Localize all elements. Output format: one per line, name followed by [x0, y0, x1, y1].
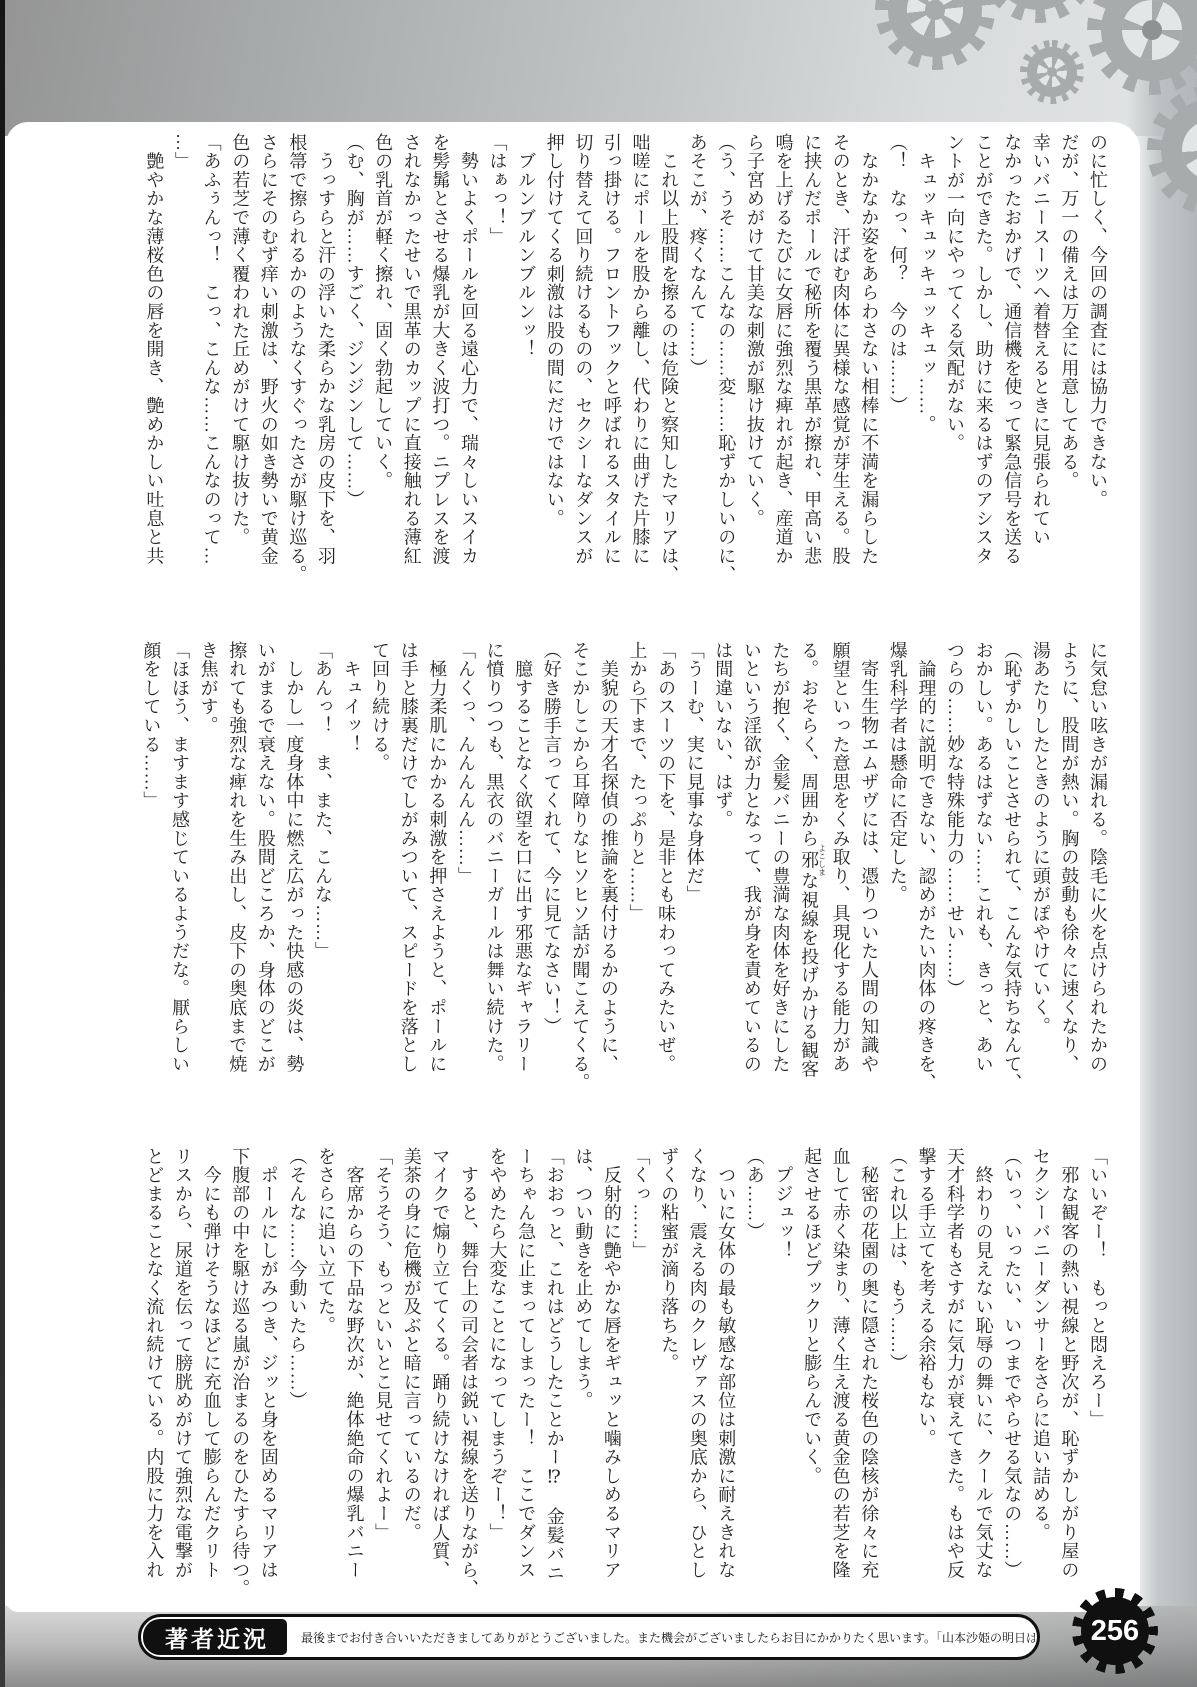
text-column: リスから、尿道を伝って膀胱めがけて強烈な電撃が: [168, 1147, 197, 1619]
text-column: あそこが、疼くなんて……）: [683, 133, 712, 605]
text-column: 秘密の花園の奥に隠された桜色の陰核が徐々に充: [855, 1147, 884, 1619]
text-column: る。おそらく、周囲から邪よこしまな視線を投げかける観客: [794, 641, 826, 1113]
text-band-1: のに忙しく、今回の調査には協力できない。だが、万一の備えは万全に用意してある。幸…: [140, 133, 1112, 605]
text-column: 今にも弾けそうなほどに充血して膨らんだクリト: [197, 1147, 226, 1619]
page-number-gear-badge: 256: [1072, 1588, 1158, 1674]
text-column: ーちゃん急に止まってしまったー！ ここでダンス: [512, 1147, 541, 1619]
text-column: 切り替えて回り続けるものの、セクシーなダンスが: [569, 133, 598, 605]
text-column: これ以上股間を擦るのは危険と察知したマリアは、: [655, 133, 684, 605]
text-column: くなり、震える肉のクレヴァスの奥底から、ひとし: [683, 1147, 712, 1619]
text-column: たちが抱く、金髪バニーの豊満な肉体を好きにした: [766, 641, 795, 1113]
text-column: 「あんっ！ ま、また、こんな……」: [308, 641, 337, 1113]
text-column: ら子宮めがけて甘美な刺激が駆け抜けていく。: [740, 133, 769, 605]
text-column: 反射的に艶やかな唇をギュッと噛みしめるマリア: [597, 1147, 626, 1619]
text-column: セクシーバニーダンサーをさらに追い詰める。: [1026, 1147, 1055, 1619]
text-column: に挟んだポールで秘所を覆う黒革が擦れ、甲高い悲: [797, 133, 826, 605]
page-number: 256: [1072, 1588, 1158, 1674]
text-column: 幸いバニースーツへ着替えるときに見張られてい: [1026, 133, 1055, 605]
page-spine-edge: [0, 0, 5, 1687]
text-column: なかったおかげで、通信機を使って緊急信号を送る: [998, 133, 1027, 605]
gear-hub: [925, 0, 944, 19]
text-column: 上から下まで、たっぷりと……」: [623, 641, 652, 1113]
text-column: 美貌の天才名探偵の推論を裏付けるかのように、: [594, 641, 623, 1113]
text-column: て回り続ける。: [366, 641, 395, 1113]
text-column: （そんな……今動いたら……）: [283, 1147, 312, 1619]
author-status-label: 著者近況: [143, 1619, 287, 1655]
text-column: 「いいぞー！ もっと悶えろー」: [1083, 1147, 1112, 1619]
text-column: のに忙しく、今回の調査には協力できない。: [1083, 133, 1112, 605]
text-column: プジュッ！: [769, 1147, 798, 1619]
text-column: 鳴を上げるたびに女唇に強烈な痺れが起き、産道か: [769, 133, 798, 605]
gear-icon: [1147, 85, 1197, 215]
text-column: 「ほほう、ますます感じているようだな。厭らしい: [165, 641, 194, 1113]
text-column: なかなか姿をあらわさない相棒に不満を漏らした: [855, 133, 884, 605]
text-column: 擦れても強烈な痺れを生み出し、皮下の奥底まで焼: [223, 641, 252, 1113]
text-column: に気怠い呟きが漏れる。陰毛に火を点けられたかの: [1083, 641, 1112, 1113]
text-column: は手と膝裏だけでしがみついて、スピードを落とし: [394, 641, 423, 1113]
text-column: 論理的に説明できない、認めがたい肉体の疼きを、: [912, 641, 941, 1113]
text-column: 艶やかな薄桜色の唇を開き、艶めかしい吐息と共: [140, 133, 169, 605]
text-column: 「あふぅんっ！ こっ、こんな……こんなのって…: [197, 133, 226, 605]
text-column: キュッキュッキュッキュッ……。: [912, 133, 941, 605]
text-column: とどまることなく流れ続けている。内股に力を入れ: [140, 1147, 169, 1619]
gear-icon: [875, 0, 995, 70]
text-column: ついに女体の最も敏感な部位は刺激に耐えきれな: [712, 1147, 741, 1619]
text-column: ずくの粘蜜が滴り落ちた。: [655, 1147, 684, 1619]
text-column: すると、舞台上の司会者は鋭い視線を送りながら、: [454, 1147, 483, 1619]
text-column: 勢いよくポールを回る遠心力で、瑞々しいスイカ: [454, 133, 483, 605]
text-column: ポールにしがみつき、ジッと身を固めるマリアは: [254, 1147, 283, 1619]
gear-icon: [979, 0, 1097, 23]
text-column: ように、股間が熱い。胸の鼓動も徐々に速くなり、: [1055, 641, 1084, 1113]
text-column: 臆することなく欲望を口に出す邪悪なギャラリー: [509, 641, 538, 1113]
text-panel: のに忙しく、今回の調査には協力できない。だが、万一の備えは万全に用意してある。幸…: [6, 122, 1140, 1612]
text-column: 色の若芝で薄く覆われた丘めがけて駆け抜けた。: [226, 133, 255, 605]
text-column: キュイッ！: [337, 641, 366, 1113]
text-column: 爆乳科学者は懸命に否定した。: [883, 641, 912, 1113]
text-column: き焦がす。: [194, 641, 223, 1113]
book-page: のに忙しく、今回の調査には協力できない。だが、万一の備えは万全に用意してある。幸…: [0, 0, 1197, 1687]
text-column: をやめたら大変なことになってしまうぞー！」: [483, 1147, 512, 1619]
text-column: 願望といった意思をくみ取り、具現化する能力があ: [826, 641, 855, 1113]
author-status-bar: 著者近況 最後までお付き合いいただきましてありがとうございました。また機会がござ…: [138, 1614, 1040, 1660]
text-column: 血して赤く染まり、薄く生え渡る黄金色の若芝を隆: [826, 1147, 855, 1619]
text-column: 根箒で擦られるかのようなくすぐったさが駆け巡る。: [283, 133, 312, 605]
text-column: 美茶の身に危機が及ぶと暗に言っているのだ。: [397, 1147, 426, 1619]
text-column: 極力柔肌にかかる刺激を押さえようと、ポールに: [423, 641, 452, 1113]
text-column: 下腹部の中を駆け巡る嵐が治まるのをひたすら待つ。: [226, 1147, 255, 1619]
text-column: 寄生生物エムザヴには、憑りついた人間の知識や: [855, 641, 884, 1113]
text-column: は間違いない、はず。: [709, 641, 738, 1113]
text-column: は、つい動きを止めてしまう。: [569, 1147, 598, 1619]
text-column: しかし一度身体中に燃え広がった快感の炎は、勢: [280, 641, 309, 1113]
text-column: を髣髴とさせる爆乳が大きく波打つ。ニプレスを渡: [426, 133, 455, 605]
text-column: つらの……妙な特殊能力の……せい……）: [940, 641, 969, 1113]
text-column: 天才科学者もさすがに気力が衰えてきた。もはや反: [940, 1147, 969, 1619]
text-column: ントが一向にやってくる気配がない。: [940, 133, 969, 605]
text-column: いがまるで衰えない。股間どころか、身体のどこが: [251, 641, 280, 1113]
text-column: （む、胸が……すごく、ジンジンして……）: [340, 133, 369, 605]
text-column: 「くっ……」: [626, 1147, 655, 1619]
text-column: 「そうそう、もっといいとこ見せてくれよー」: [369, 1147, 398, 1619]
gear-icon: [1087, 0, 1197, 95]
text-column: 起させるほどプックリと膨らんでいく。: [797, 1147, 826, 1619]
text-column: （好き勝手言ってくれて、今に見てなさい！）: [537, 641, 566, 1113]
text-column: そこかしこから耳障りなヒソヒソ話が聞こえてくる。: [566, 641, 595, 1113]
text-column: 「おおっと、これはどうしたことかー⁉ 金髪バニ: [540, 1147, 569, 1619]
text-column: （う、うそ……こんなの……変……恥ずかしいのに、: [712, 133, 741, 605]
text-column: 「うーむ、実に見事な身体だ」: [680, 641, 709, 1113]
text-column: …」: [168, 133, 197, 605]
text-column: をさらに追い立てた。: [311, 1147, 340, 1619]
text-column: （これ以上は、もう……）: [883, 1147, 912, 1619]
text-column: 咄嗟にポールを股から離し、代わりに曲げた片膝に: [626, 133, 655, 605]
text-column: 顔をしている……」: [137, 641, 166, 1113]
text-column: 押し付けてくる刺激は股の間にだけではない。: [540, 133, 569, 605]
text-column: 「んくっ、んんんんん……」: [451, 641, 480, 1113]
text-column: されなかったせいで黒革のカップに直接触れる薄紅: [397, 133, 426, 605]
text-column: 邪な観客の熱い視線と野次が、恥ずかしがり屋の: [1055, 1147, 1084, 1619]
text-column: 撃する手立てを考える余裕もない。: [912, 1147, 941, 1619]
text-column: （あ……）: [740, 1147, 769, 1619]
text-column: （いっ、いったい、いつまでやらせる気なの……）: [998, 1147, 1027, 1619]
text-column: 湯あたりしたときのように頭がぽやけていく。: [1026, 641, 1055, 1113]
text-column: （！ なっ、何？ 今のは……）: [883, 133, 912, 605]
text-column: ブルンブルンブルンッ！: [512, 133, 541, 605]
text-column: いという淫欲が力となって、我が身を責めているの: [737, 641, 766, 1113]
text-column: 終わりの見えない恥辱の舞いに、クールで気丈な: [969, 1147, 998, 1619]
author-status-message: 最後までお付き合いいただきましてありがとうございました。また機会がございましたら…: [287, 1619, 1035, 1655]
text-column: 「はぁっ！」: [483, 133, 512, 605]
text-column: ことができた。しかし、助けに来るはずのアシスタ: [969, 133, 998, 605]
text-column: うっすらと汗の浮いた柔らかな乳房の皮下を、羽: [311, 133, 340, 605]
text-column: おかしい。あるはずない……これも、きっと、あい: [969, 641, 998, 1113]
text-column: 引っ掛ける。フロントフックと呼ばれるスタイルに: [597, 133, 626, 605]
text-band-3: 「いいぞー！ もっと悶えろー」 邪な観客の熱い視線と野次が、恥ずかしがり屋のセク…: [140, 1147, 1112, 1619]
text-column: 客席からの下品な野次が、絶体絶命の爆乳バニー: [340, 1147, 369, 1619]
text-column: マイクで煽り立ててくる。踊り続けなければ人質、: [426, 1147, 455, 1619]
gear-icon: [1020, 40, 1084, 104]
text-column: だが、万一の備えは万全に用意してある。: [1055, 133, 1084, 605]
text-column: そのとき、汗ばむ肉体に異様な感覚が芽生える。股: [826, 133, 855, 605]
text-column: に憤りつつも、黒衣のバニーガールは舞い続けた。: [480, 641, 509, 1113]
text-column: （恥ずかしいことさせられて、こんな気持ちなんて、: [998, 641, 1027, 1113]
text-band-2: に気怠い呟きが漏れる。陰毛に火を点けられたかのように、股間が熱い。胸の鼓動も徐々…: [137, 641, 1112, 1113]
text-column: 色の乳首が軽く擦れ、固く勃起していく。: [369, 133, 398, 605]
text-column: さらにそのむず痒い刺激は、野火の如き勢いで黄金: [254, 133, 283, 605]
text-column: 「あのスーツの下を、是非とも味わってみたいぜ。: [652, 641, 681, 1113]
